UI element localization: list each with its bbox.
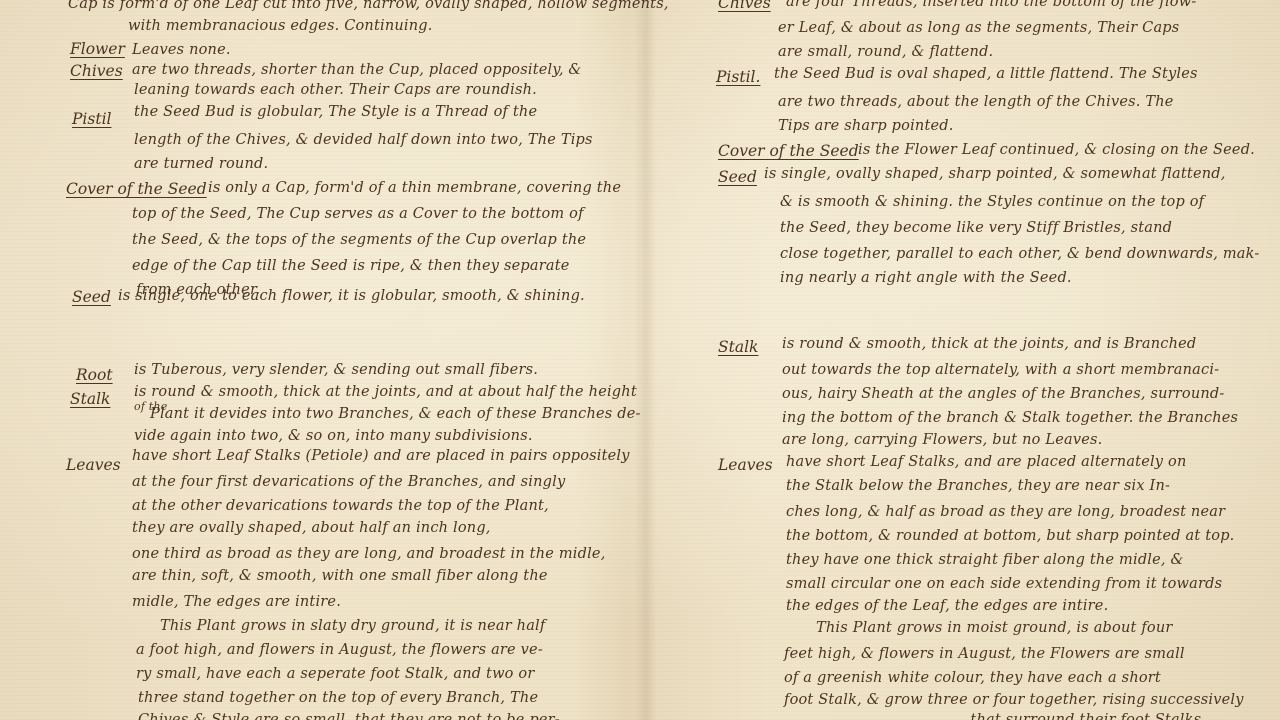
manuscript-line: they have one thick straight fiber along… [786, 552, 1184, 568]
manuscript-line: This Plant grows in moist ground, is abo… [816, 620, 1173, 636]
manuscript-line: edge of the Cap till the Seed is ripe, &… [132, 258, 570, 274]
manuscript-line: with membranacious edges. Continuing. [128, 18, 433, 34]
manuscript-line: Leaves none. [132, 42, 231, 58]
manuscript-line: one third as broad as they are long, and… [132, 546, 606, 562]
section-label-root: Root [76, 366, 113, 384]
left-page: Cap is form'd of one Leaf cut into five,… [0, 0, 634, 720]
section-label-stalk: Stalk [718, 338, 758, 356]
manuscript-line: they are ovally shaped, about half an in… [132, 520, 491, 536]
manuscript-line: have short Leaf Stalks, and are placed a… [786, 454, 1186, 470]
manuscript-line: three stand together on the top of every… [138, 690, 538, 706]
section-label-pistil: Pistil [72, 110, 111, 128]
manuscript-line: the Seed, & the tops of the segments of … [132, 232, 586, 248]
manuscript-line: This Plant grows in slaty dry ground, it… [160, 618, 545, 634]
manuscript-line: ing the bottom of the branch & Stalk tog… [782, 410, 1238, 426]
manuscript-line: feet high, & flowers in August, the Flow… [784, 646, 1185, 662]
manuscript-line: of a greenish white colour, they have ea… [784, 670, 1161, 686]
section-label-pistil: Pistil. [716, 68, 760, 86]
manuscript-line: midle, The edges are intire. [132, 594, 341, 610]
manuscript-line: & is smooth & shining. the Styles contin… [780, 194, 1204, 210]
book-gutter [634, 0, 656, 720]
manuscript-line: are thin, soft, & smooth, with one small… [132, 568, 548, 584]
manuscript-line: close together, parallel to each other, … [780, 246, 1259, 262]
manuscript-line: are four Threads, inserted into the bott… [786, 0, 1196, 10]
manuscript-line: out towards the top alternately, with a … [782, 362, 1219, 378]
manuscript-line: is round & smooth, thick at the joints, … [782, 336, 1196, 352]
manuscript-line: is single, ovally shaped, sharp pointed,… [764, 166, 1226, 182]
manuscript-line: is single, one to each flower, it is glo… [118, 288, 585, 304]
manuscript-line: Plant it devides into two Branches, & ea… [150, 406, 641, 422]
manuscript-line: leaning towards each other. Their Caps a… [134, 82, 537, 98]
section-label-leaves: Leaves [718, 456, 773, 474]
manuscript-line: Cap is form'd of one Leaf cut into five,… [68, 0, 669, 12]
manuscript-line: vide again into two, & so on, into many … [134, 428, 533, 444]
manuscript-line: the Seed Bud is globular, The Style is a… [134, 104, 537, 120]
section-label-flower: Flower [70, 40, 125, 58]
manuscript-line: the Seed Bud is oval shaped, a little fl… [774, 66, 1198, 82]
manuscript-line: er Leaf, & about as long as the segments… [778, 20, 1179, 36]
manuscript-line: are long, carrying Flowers, but no Leave… [782, 432, 1102, 448]
manuscript-line: is round & smooth, thick at the joints, … [134, 384, 637, 400]
section-label-cover-of-seed: Cover of the Seed [718, 142, 859, 160]
section-label-stalk: Stalk [70, 390, 110, 408]
manuscript-line: ing nearly a right angle with the Seed. [780, 270, 1072, 286]
manuscript-line: are two threads, shorter than the Cup, p… [132, 62, 582, 78]
manuscript-line: is only a Cap, form'd of a thin membrane… [208, 180, 621, 196]
manuscript-line: are turned round. [134, 156, 268, 172]
manuscript-line: at the other devarications towards the t… [132, 498, 549, 514]
manuscript-line: Tips are sharp pointed. [778, 118, 954, 134]
right-page: Chives are four Threads, inserted into t… [656, 0, 1280, 720]
manuscript-line: Chives & Style are so small, that they a… [138, 712, 560, 720]
manuscript-line: top of the Seed, The Cup serves as a Cov… [132, 206, 584, 222]
section-label-chives: Chives [70, 62, 123, 80]
manuscript-line: are two threads, about the length of the… [778, 94, 1174, 110]
section-label-cover-of-seed: Cover of the Seed [66, 180, 207, 198]
section-label-chives: Chives [718, 0, 771, 12]
manuscript-line: a foot high, and flowers in August, the … [136, 642, 543, 658]
manuscript-line: ...that surround their foot Stalks. [956, 712, 1206, 720]
manuscript-line: small circular one on each side extendin… [786, 576, 1222, 592]
manuscript-line: is Tuberous, very slender, & sending out… [134, 362, 538, 378]
manuscript-line: ches long, & half as broad as they are l… [786, 504, 1225, 520]
manuscript-line: are small, round, & flattend. [778, 44, 993, 60]
section-label-leaves: Leaves [66, 456, 121, 474]
section-label-seed: Seed [718, 168, 757, 186]
manuscript-line: have short Leaf Stalks (Petiole) and are… [132, 448, 630, 464]
manuscript-line: the bottom, & rounded at bottom, but sha… [786, 528, 1235, 544]
manuscript-line: is the Flower Leaf continued, & closing … [858, 142, 1255, 158]
manuscript-line: ry small, have each a seperate foot Stal… [136, 666, 534, 682]
manuscript-line: foot Stalk, & grow three or four togethe… [784, 692, 1244, 708]
manuscript-line: the edges of the Leaf, the edges are int… [786, 598, 1108, 614]
manuscript-spread: Cap is form'd of one Leaf cut into five,… [0, 0, 1280, 720]
manuscript-line: the Seed, they become like very Stiff Br… [780, 220, 1172, 236]
section-label-seed: Seed [72, 288, 111, 306]
manuscript-line: length of the Chives, & devided half dow… [134, 132, 593, 148]
manuscript-line: at the four first devarications of the B… [132, 474, 565, 490]
manuscript-line: ous, hairy Sheath at the angles of the B… [782, 386, 1225, 402]
manuscript-line: the Stalk below the Branches, they are n… [786, 478, 1170, 494]
